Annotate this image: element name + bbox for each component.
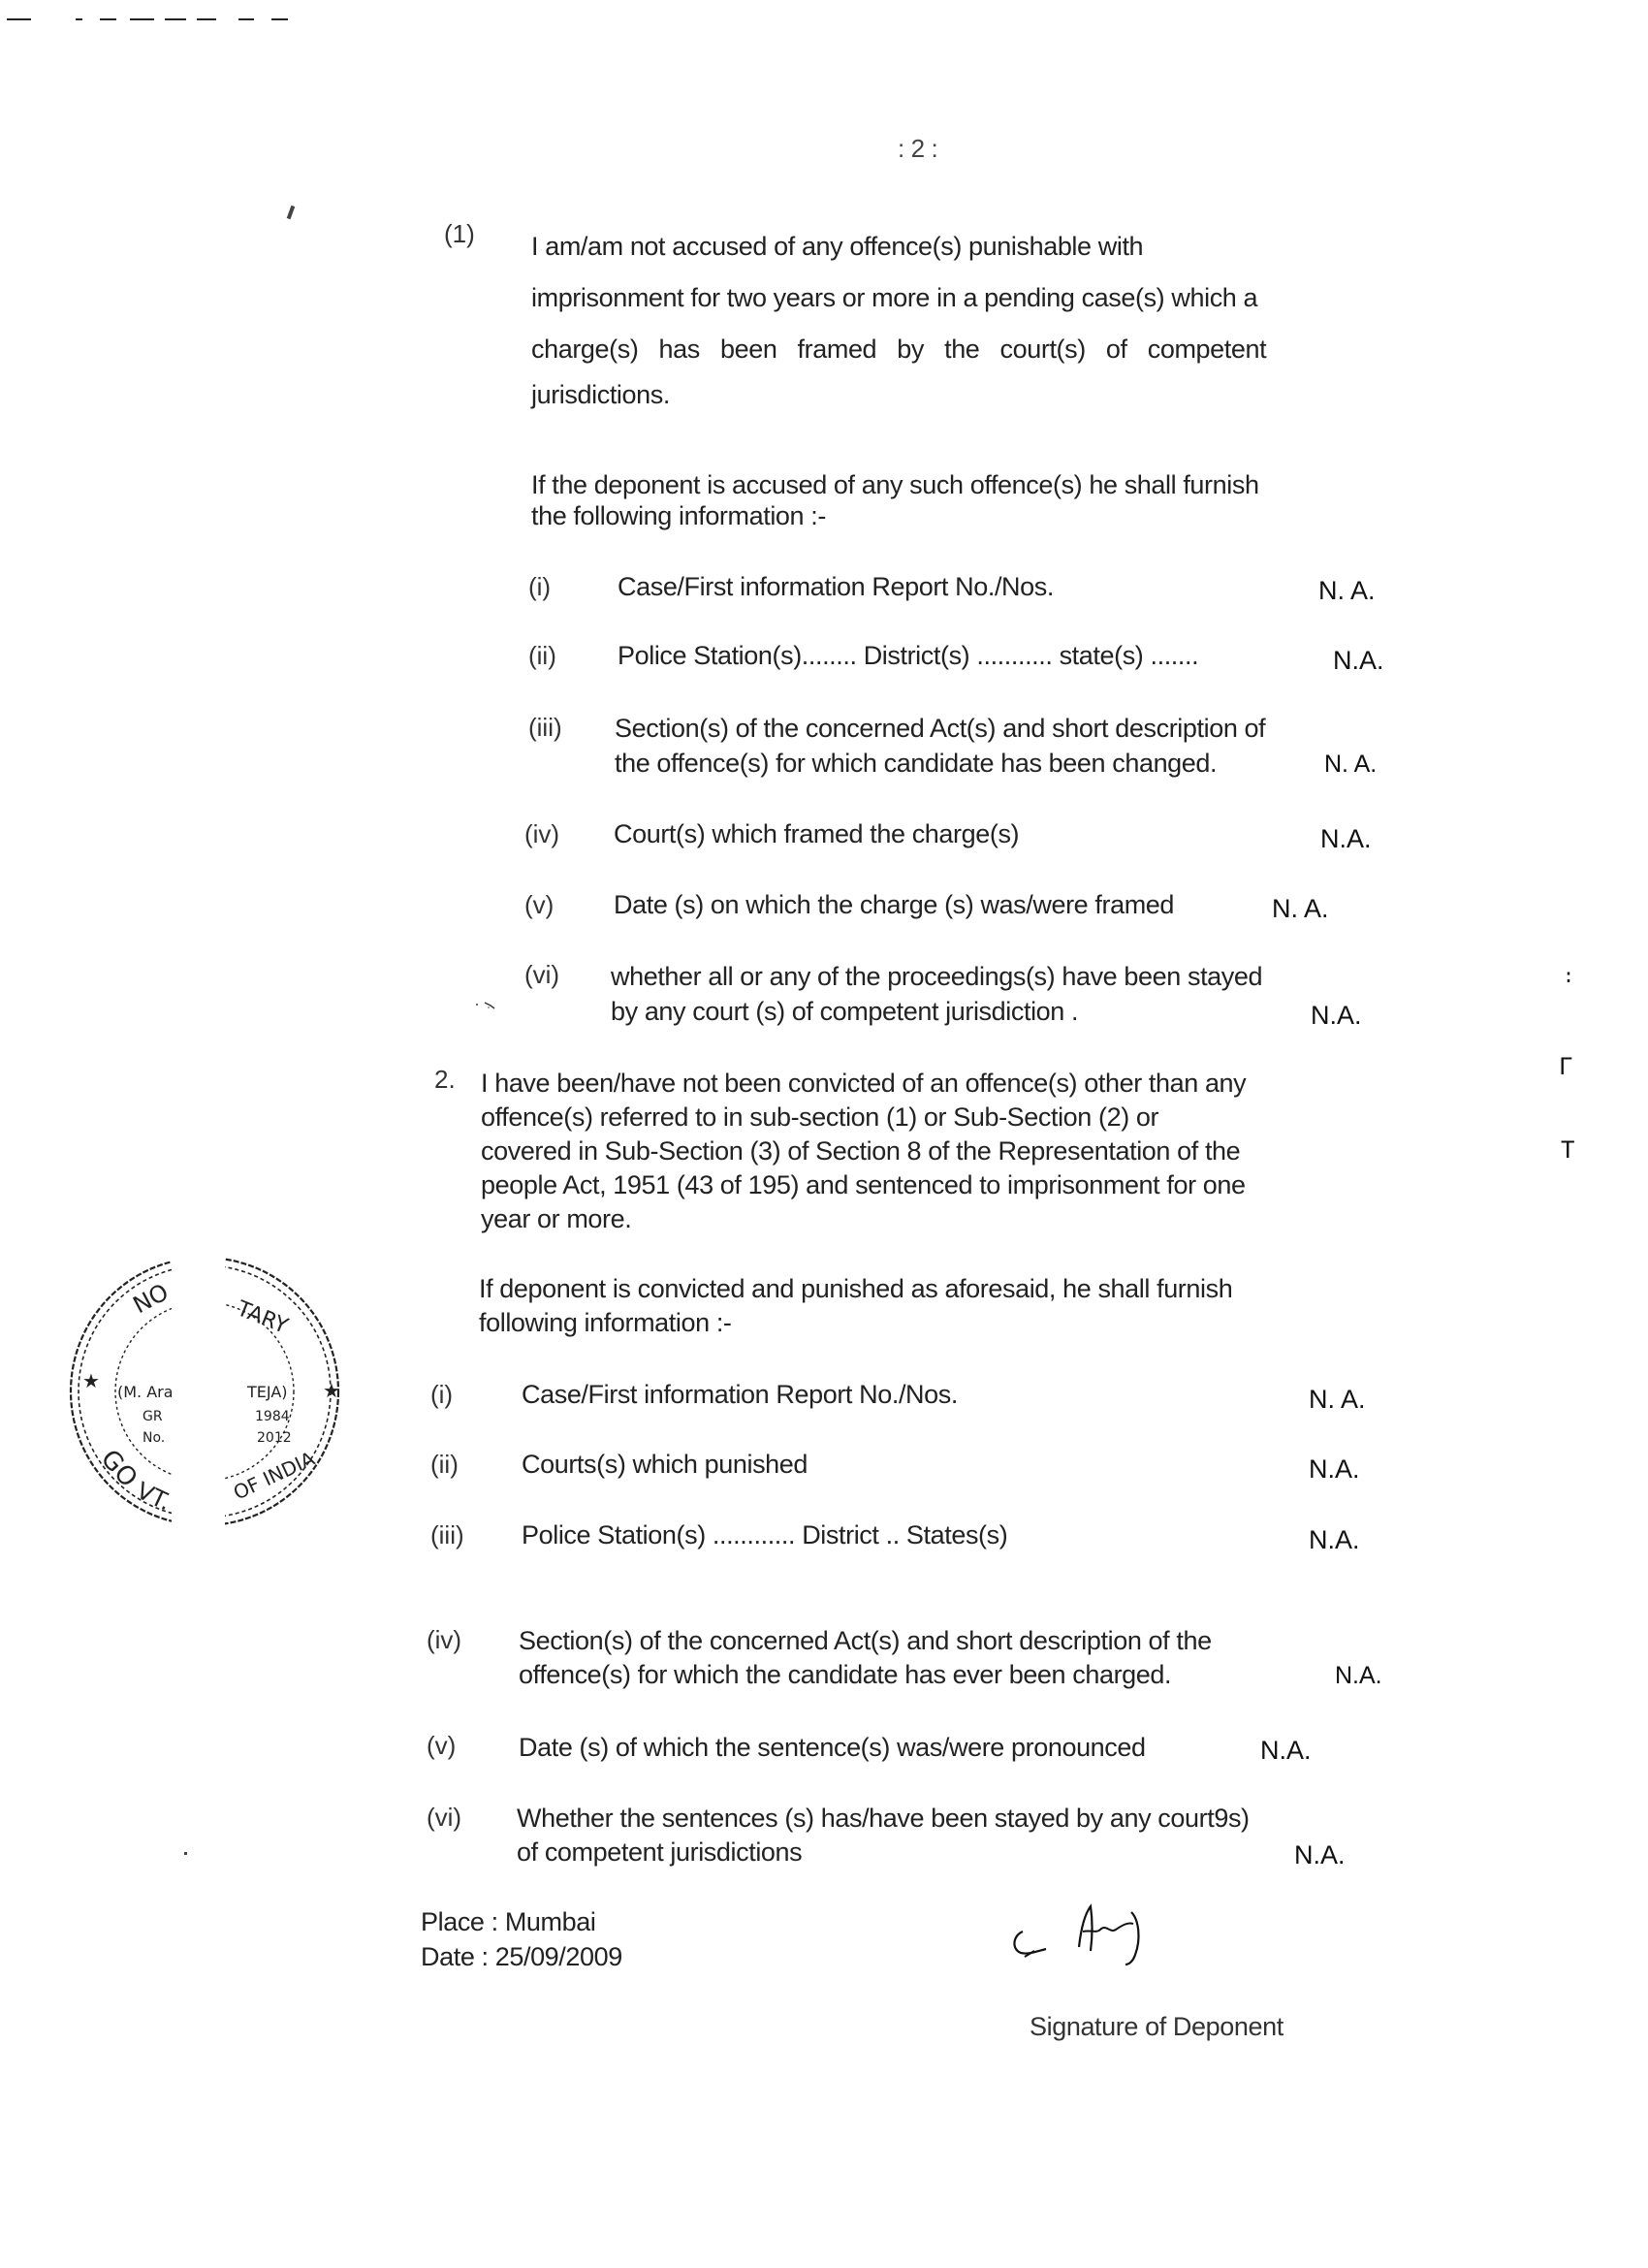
item-number: (v) — [427, 1731, 456, 1761]
deponent-signature — [1003, 1901, 1255, 1978]
statement-line: imprisonment for two years or more in a … — [531, 272, 1408, 324]
statement-line: charge(s) has been framed by the court(s… — [531, 324, 1408, 375]
scan-smudge — [473, 997, 502, 1010]
item-text: Courts(s) which punished — [522, 1450, 808, 1480]
item-value: N. A. — [1324, 751, 1377, 779]
svg-text:No.: No. — [143, 1430, 165, 1446]
item-number: (i) — [528, 572, 551, 602]
item-number: (vi) — [524, 960, 559, 990]
item-text: by any court (s) of competent jurisdicti… — [611, 997, 1078, 1027]
stamp-top-text-left: NO — [129, 1278, 174, 1319]
statement-line: I am/am not accused of any offence(s) pu… — [531, 221, 1408, 272]
section-1-number: (1) — [444, 219, 475, 249]
item-text: Court(s) which framed the charge(s) — [614, 819, 1019, 849]
svg-text:TARY: TARY — [233, 1296, 292, 1339]
svg-text:1984: 1984 — [255, 1409, 290, 1424]
item-value: N.A. — [1311, 1001, 1362, 1031]
item-text: whether all or any of the proceedings(s)… — [611, 962, 1262, 992]
item-number: (v) — [524, 890, 554, 920]
item-value: N.A. — [1294, 1840, 1346, 1870]
svg-text:★: ★ — [323, 1379, 340, 1402]
date-label: Date : 25/09/2009 — [421, 1942, 622, 1972]
item-text: Whether the sentences (s) has/have been … — [517, 1804, 1250, 1834]
scan-speck — [184, 1852, 187, 1855]
item-text: Case/First information Report No./Nos. — [618, 572, 1054, 602]
statement-line: covered in Sub-Section (3) of Section 8 … — [481, 1134, 1396, 1168]
page-number: : 2 : — [898, 134, 937, 164]
item-value: N. A. — [1318, 576, 1376, 606]
item-value: N.A. — [1320, 824, 1372, 854]
item-text: Police Station(s)........ District(s) ..… — [618, 641, 1198, 671]
item-text: Date (s) of which the sentence(s) was/we… — [519, 1733, 1146, 1763]
item-text: of competent jurisdictions — [517, 1837, 802, 1868]
svg-text:★: ★ — [82, 1369, 100, 1392]
intro-line: If the deponent is accused of any such o… — [531, 469, 1408, 500]
statement-line: jurisdictions. — [531, 375, 1408, 414]
statement-line: I have been/have not been convicted of a… — [481, 1067, 1396, 1101]
item-value: N.A. — [1309, 1525, 1360, 1555]
item-number: (iii) — [430, 1520, 464, 1550]
item-value: N.A. — [1333, 646, 1384, 676]
item-value: N. A. — [1309, 1385, 1366, 1415]
item-text: the offence(s) for which candidate has b… — [615, 749, 1217, 779]
statement-line: year or more. — [481, 1202, 1396, 1236]
item-number: (iii) — [528, 713, 562, 743]
svg-text:GO: GO — [95, 1445, 143, 1493]
section-2-intro: If deponent is convicted and punished as… — [479, 1272, 1396, 1340]
item-value: N. A. — [1272, 894, 1329, 924]
item-text: Section(s) of the concerned Act(s) and s… — [615, 714, 1265, 744]
section-1-intro: If the deponent is accused of any such o… — [531, 469, 1408, 531]
svg-text:GR: GR — [143, 1409, 163, 1424]
signature-caption: Signature of Deponent — [1030, 2012, 1284, 2042]
item-number: (i) — [430, 1380, 453, 1410]
svg-text:VT.: VT. — [132, 1477, 174, 1517]
scan-speck — [287, 206, 296, 220]
item-text: Section(s) of the concerned Act(s) and s… — [519, 1626, 1212, 1656]
section-2-number: 2. — [434, 1065, 456, 1095]
item-number: (iv) — [524, 819, 559, 849]
item-number: (iv) — [427, 1625, 461, 1655]
svg-text:2012: 2012 — [257, 1430, 292, 1446]
svg-text:(M. Ara: (M. Ara — [117, 1383, 174, 1401]
item-value: N.A. — [1309, 1454, 1360, 1485]
margin-mark: : — [1563, 964, 1574, 987]
item-number: (ii) — [430, 1450, 459, 1480]
item-text: Police Station(s) ............ District … — [522, 1520, 1007, 1550]
statement-line: offence(s) referred to in sub-section (1… — [481, 1101, 1396, 1134]
section-2-statement: I have been/have not been convicted of a… — [481, 1067, 1396, 1236]
margin-mark: T — [1561, 1136, 1574, 1164]
item-number: (ii) — [528, 641, 556, 671]
intro-line: the following information :- — [531, 500, 1408, 531]
svg-text:TEJA): TEJA) — [246, 1383, 288, 1401]
item-text: Case/First information Report No./Nos. — [522, 1380, 958, 1410]
statement-line: people Act, 1951 (43 of 195) and sentenc… — [481, 1168, 1396, 1202]
section-1-statement: I am/am not accused of any offence(s) pu… — [531, 221, 1408, 414]
item-value: N.A. — [1335, 1662, 1382, 1690]
item-value: N.A. — [1260, 1736, 1312, 1766]
notary-stamp: NO TARY ★ ★ (M. Ara TEJA) GR 1984 No. 20… — [53, 1246, 354, 1537]
intro-line: If deponent is convicted and punished as… — [479, 1272, 1396, 1306]
item-text: Date (s) on which the charge (s) was/wer… — [614, 890, 1174, 920]
item-text: offence(s) for which the candidate has e… — [519, 1660, 1171, 1690]
place-label: Place : Mumbai — [421, 1907, 595, 1937]
item-number: (vi) — [427, 1803, 461, 1833]
intro-line: following information :- — [479, 1306, 1396, 1340]
margin-mark: Γ — [1559, 1053, 1572, 1080]
